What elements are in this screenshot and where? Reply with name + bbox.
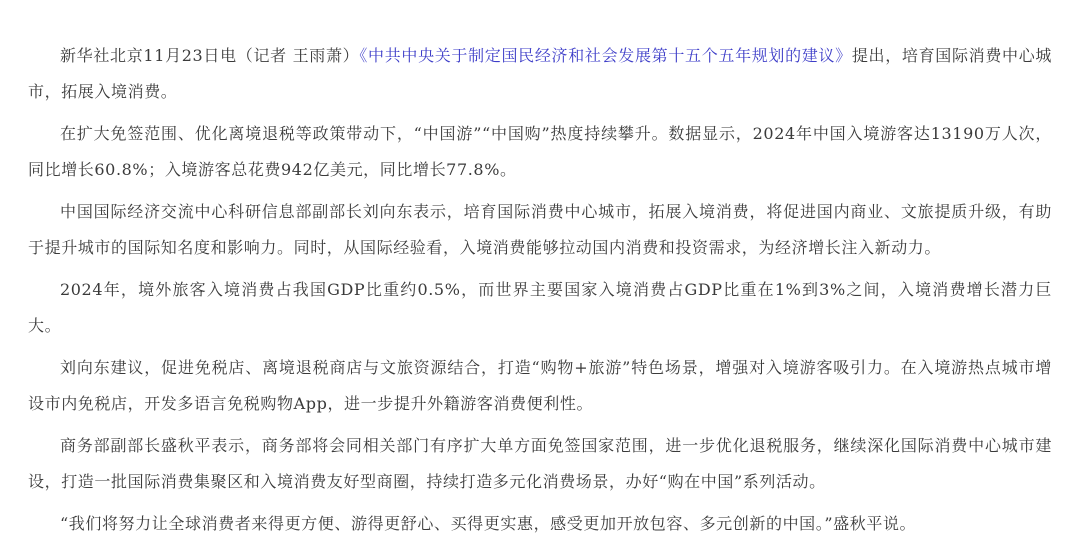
- article-body: 新华社北京11月23日电（记者 王雨萧）《中共中央关于制定国民经济和社会发展第十…: [28, 38, 1052, 539]
- paragraph-ministry-plan: 商务部副部长盛秋平表示，商务部将会同相关部门有序扩大单方面免签国家范围，进一步优…: [28, 428, 1052, 500]
- paragraph-lead: 新华社北京11月23日电（记者 王雨萧）《中共中央关于制定国民经济和社会发展第十…: [28, 38, 1052, 110]
- paragraph-suggestions: 刘向东建议，促进免税店、离境退税商店与文旅资源结合，打造“购物+旅游”特色场景，…: [28, 350, 1052, 422]
- dateline-text: 新华社北京11月23日电（记者 王雨萧）: [60, 46, 359, 65]
- paragraph-gdp-share: 2024年，境外旅客入境消费占我国GDP比重约0.5%，而世界主要国家入境消费占…: [28, 272, 1052, 344]
- paragraph-quote: “我们将努力让全球消费者来得更方便、游得更舒心、买得更实惠，感受更加开放包容、多…: [28, 506, 1052, 539]
- policy-document-link[interactable]: 《中共中央关于制定国民经济和社会发展第十五个五年规划的建议》: [359, 46, 852, 65]
- paragraph-tourism-data: 在扩大免签范围、优化离境退税等政策带动下，“中国游”“中国购”热度持续攀升。数据…: [28, 116, 1052, 188]
- paragraph-expert-view: 中国国际经济交流中心科研信息部副部长刘向东表示，培育国际消费中心城市，拓展入境消…: [28, 194, 1052, 266]
